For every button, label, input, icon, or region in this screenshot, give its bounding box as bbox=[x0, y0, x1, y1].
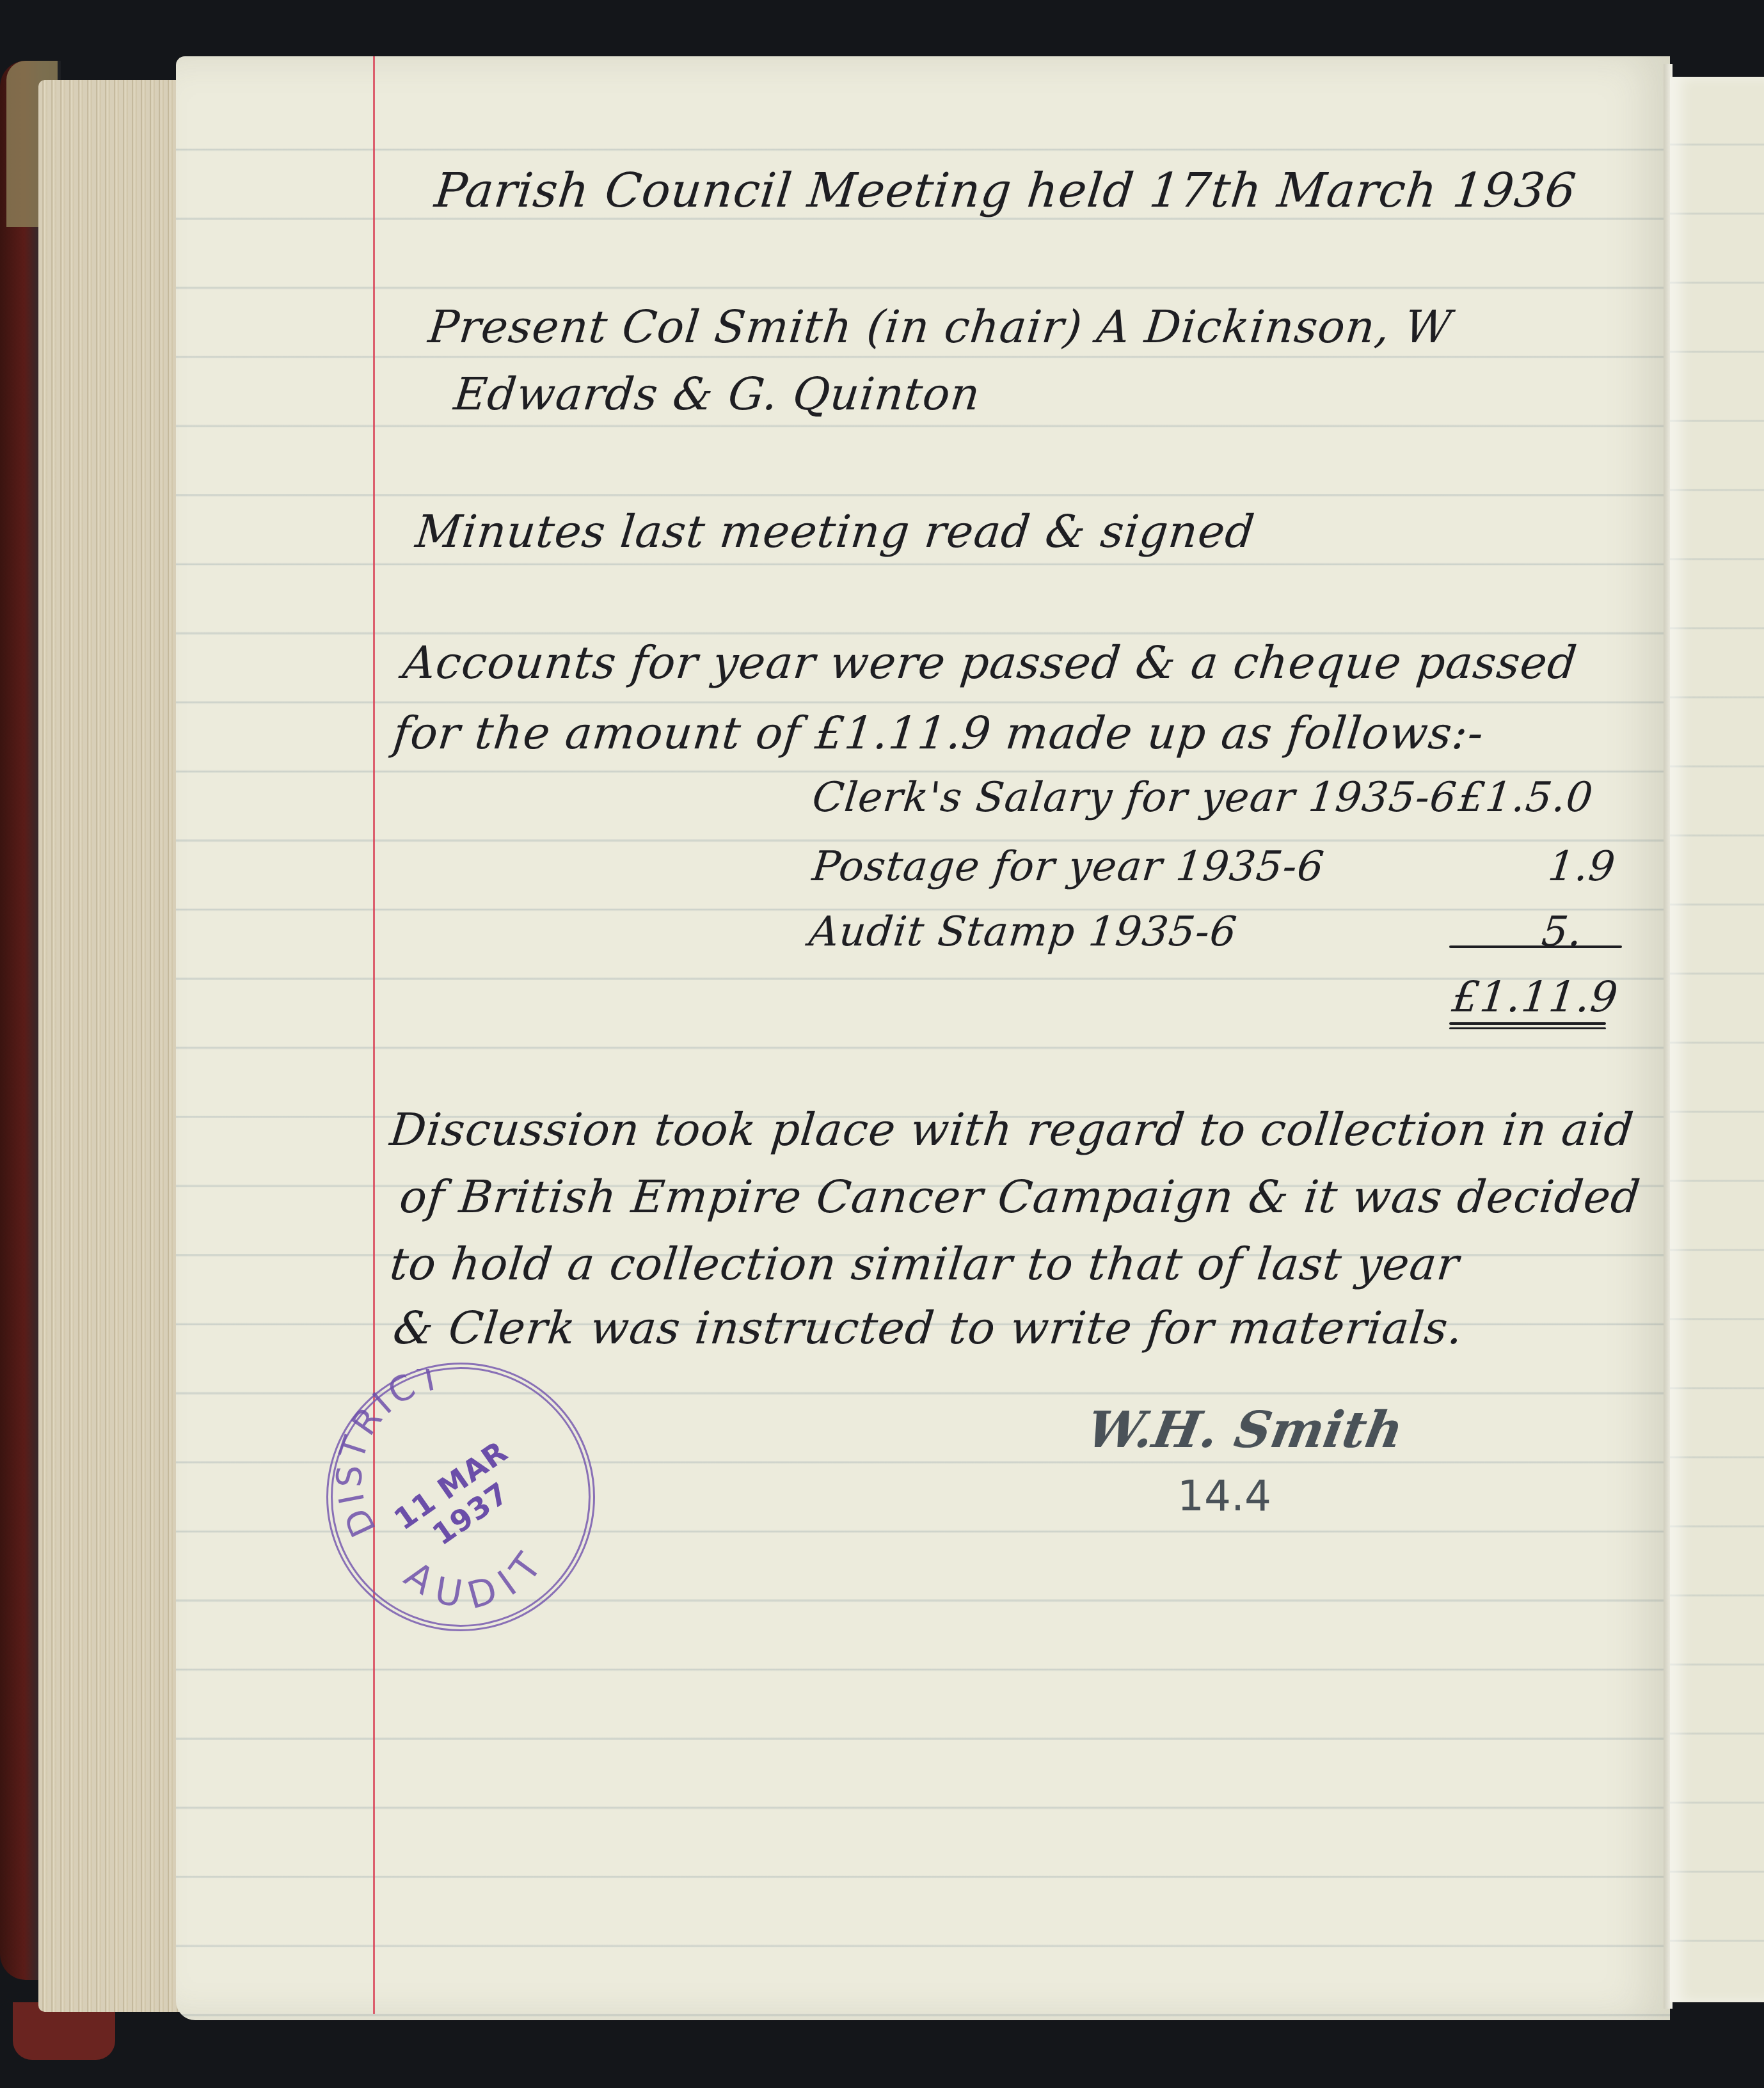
account-item-amount: £1.5.0 bbox=[1456, 774, 1595, 821]
chair-signature: W.H. Smith bbox=[1083, 1401, 1408, 1459]
discussion-line: of British Empire Cancer Campaign & it w… bbox=[397, 1171, 1643, 1223]
total-double-rule bbox=[1449, 1027, 1606, 1029]
total-double-rule bbox=[1449, 1022, 1606, 1025]
minutes-line: Minutes last meeting read & signed bbox=[413, 505, 1258, 558]
accounts-line-2: for the amount of £1.11.9 made up as fol… bbox=[391, 707, 1487, 759]
discussion-line: Discussion took place with regard to col… bbox=[388, 1103, 1637, 1156]
meeting-heading: Parish Council Meeting held 17th March 1… bbox=[432, 163, 1578, 218]
account-item-amount: 5. bbox=[1539, 908, 1585, 956]
district-audit-stamp: DISTRICT AUDIT 11 MAR 1937 bbox=[326, 1363, 595, 1631]
discussion-line: & Clerk was instructed to write for mate… bbox=[391, 1302, 1466, 1354]
facing-page bbox=[1670, 77, 1764, 2002]
account-item-description: Clerk's Salary for year 1935-6 bbox=[810, 774, 1459, 821]
account-item-amount: 1.9 bbox=[1546, 843, 1618, 890]
red-margin-line bbox=[373, 56, 375, 2014]
present-line-2: Edwards & G. Quinton bbox=[452, 368, 983, 420]
accounts-total: £1.11.9 bbox=[1450, 972, 1621, 1022]
account-item-description: Audit Stamp 1935-6 bbox=[807, 908, 1239, 956]
subtotal-rule bbox=[1449, 945, 1622, 948]
present-line-1: Present Col Smith (in chair) A Dickinson… bbox=[426, 301, 1454, 353]
signature-date: 14.4 bbox=[1177, 1471, 1271, 1521]
accounts-line-1: Accounts for year were passed & a cheque… bbox=[401, 637, 1580, 689]
account-item-description: Postage for year 1935-6 bbox=[810, 843, 1326, 890]
page-stack-edges bbox=[38, 80, 182, 2012]
discussion-line: to hold a collection similar to that of … bbox=[388, 1238, 1462, 1290]
